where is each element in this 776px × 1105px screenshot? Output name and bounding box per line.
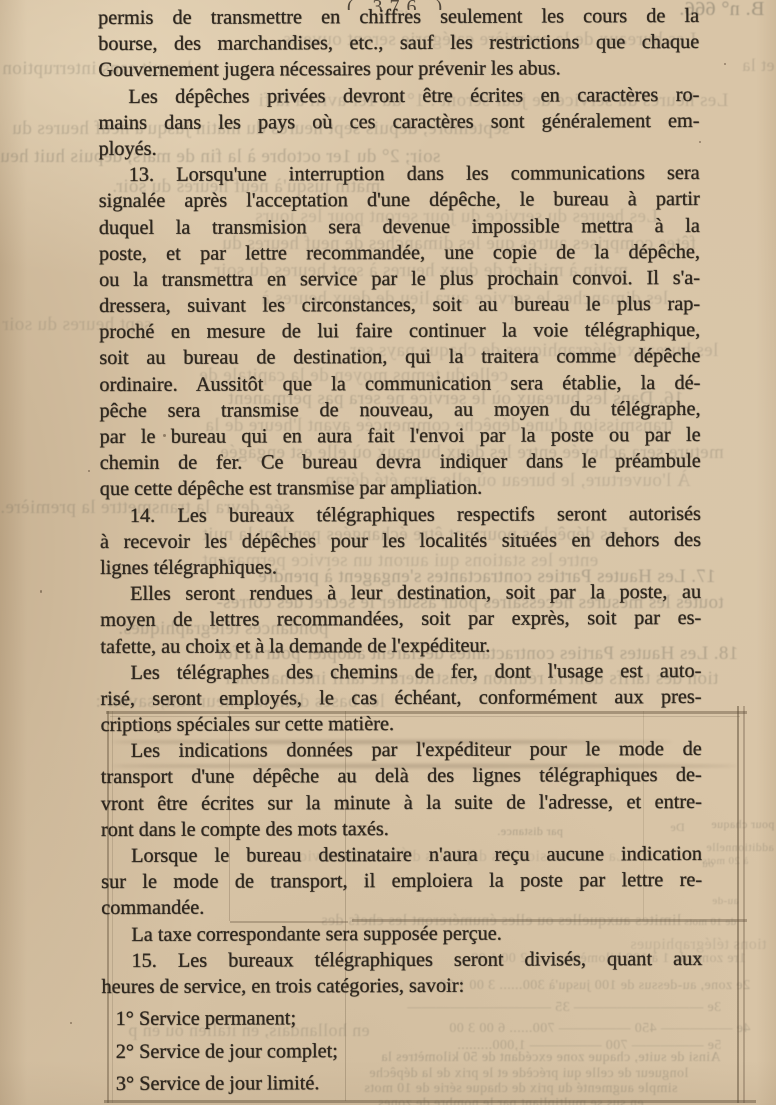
page-number-header: ( 376 ) xyxy=(338,0,458,10)
paper-speck xyxy=(724,63,726,65)
text-line: commandée. xyxy=(101,893,702,921)
bleedthrough-frame-line xyxy=(104,1100,756,1103)
paragraph: 15. Les bureaux télégraphiques seront di… xyxy=(101,946,702,1000)
paragraph: 13. Lorsqu'une interruption dans les com… xyxy=(99,160,701,503)
text-line: par le bureau qui en aura fait l'envoi p… xyxy=(100,422,701,450)
page-text-block: permis de transmettre en chiffres seulem… xyxy=(98,3,703,1101)
paragraph: Lorsque le bureau destinataire n'aura re… xyxy=(101,841,702,922)
bleedthrough-text: additionnelle xyxy=(706,840,774,855)
text-line: tafette, au choix et à la demande de l'e… xyxy=(100,631,701,659)
text-line: Les dépêches privées devront être écrite… xyxy=(98,82,699,110)
text-line: Gouvernement jugera nécessaires pour pré… xyxy=(98,55,699,83)
text-line: Les télégraphes des chemins de fer, dont… xyxy=(100,658,701,686)
text-line: 13. Lorsqu'une interruption dans les com… xyxy=(99,160,700,188)
text-line: chemin de fer. Ce bureau devra indiquer … xyxy=(100,448,701,476)
service-category-list: 1° Service permanent;2° Service de jour … xyxy=(102,1001,703,1101)
text-line: que cette dépêche est transmise par ampl… xyxy=(100,474,701,502)
text-line: ou la transmettra en service par le plus… xyxy=(99,265,700,293)
text-line: risé, seront employés, le cas échéant, c… xyxy=(100,684,701,712)
text-line: criptions spéciales sur cette matière. xyxy=(101,710,702,738)
text-line: duquel la transmision sera devenue impos… xyxy=(99,212,700,240)
text-line: signalée après l'acceptation d'une dépêc… xyxy=(99,186,700,214)
text-line: Lorsque le bureau destinataire n'aura re… xyxy=(101,841,702,869)
paper-speck xyxy=(88,470,90,472)
text-line: dressera, suivant les circonstances, soi… xyxy=(99,291,700,319)
text-line: sur le mode de transport, il emploiera l… xyxy=(101,867,702,895)
paragraph: Les indications données par l'expéditeur… xyxy=(101,736,702,843)
paragraph: Elles seront rendues à leur destination,… xyxy=(100,579,701,660)
paper-speck xyxy=(40,590,42,593)
bleedthrough-text: et la xyxy=(742,55,774,76)
text-line: mains dans les pays où ces caractères so… xyxy=(98,108,699,136)
bleedthrough-text: au-de xyxy=(712,895,738,907)
list-item: 3° Service de jour limité. xyxy=(102,1066,703,1101)
list-item: 1° Service permanent; xyxy=(102,1001,703,1036)
text-line: Elles seront rendues à leur destination,… xyxy=(100,579,701,607)
page-number: ( 376 ) xyxy=(347,0,449,10)
bleedthrough-frame-line xyxy=(743,706,745,1103)
text-line: moyen de lettres recommandées, soit par … xyxy=(100,605,701,633)
paper-speck xyxy=(70,1022,72,1024)
paragraph: La taxe correspondante sera supposée per… xyxy=(101,920,702,948)
text-line: Les indications données par l'expéditeur… xyxy=(101,736,702,764)
list-item: 2° Service de jour complet; xyxy=(102,1034,703,1069)
text-line: transport d'une dépêche au delà des lign… xyxy=(101,762,702,790)
paragraph: 14. Les bureaux télégraphiques respectif… xyxy=(100,501,701,582)
text-line: lignes télégraphiques. xyxy=(100,553,701,581)
scanned-book-page: B. n° 666.451Les bureaux de la première … xyxy=(0,0,776,1105)
text-line: ordinaire. Aussitôt que la communication… xyxy=(99,370,700,398)
text-line: heures de service, en trois catégories, … xyxy=(101,972,702,1000)
text-line: proché en mesure de lui faire continuer … xyxy=(99,317,700,345)
text-line: ployés. xyxy=(99,134,700,162)
bleedthrough-text: à 20 mots xyxy=(702,855,748,867)
text-line: La taxe correspondante sera supposée per… xyxy=(101,920,702,948)
text-line: bourse, des marchandises, etc., sauf les… xyxy=(98,29,699,57)
text-line: 15. Les bureaux télégraphiques seront di… xyxy=(101,946,702,974)
text-line: soit au bureau de destination, qui la tr… xyxy=(99,343,700,371)
text-line: 14. Les bureaux télégraphiques respectif… xyxy=(100,501,701,529)
bleedthrough-frame-line xyxy=(737,706,739,1103)
text-line: ront dans le compte des mots taxés. xyxy=(101,815,702,843)
text-line: à recevoir les dépêches pour les localit… xyxy=(100,527,701,555)
paragraph: Les télégraphes des chemins de fer, dont… xyxy=(100,658,701,739)
text-line: pêche sera transmise de nouveau, au moye… xyxy=(99,396,700,424)
text-line: vront être écrites sur la minute à la su… xyxy=(101,789,702,817)
text-line: poste, et par lettre recommandée, une co… xyxy=(99,239,700,267)
paragraph: Les dépêches privées devront être écrite… xyxy=(98,82,699,163)
paragraph: permis de transmettre en chiffres seulem… xyxy=(98,3,699,84)
